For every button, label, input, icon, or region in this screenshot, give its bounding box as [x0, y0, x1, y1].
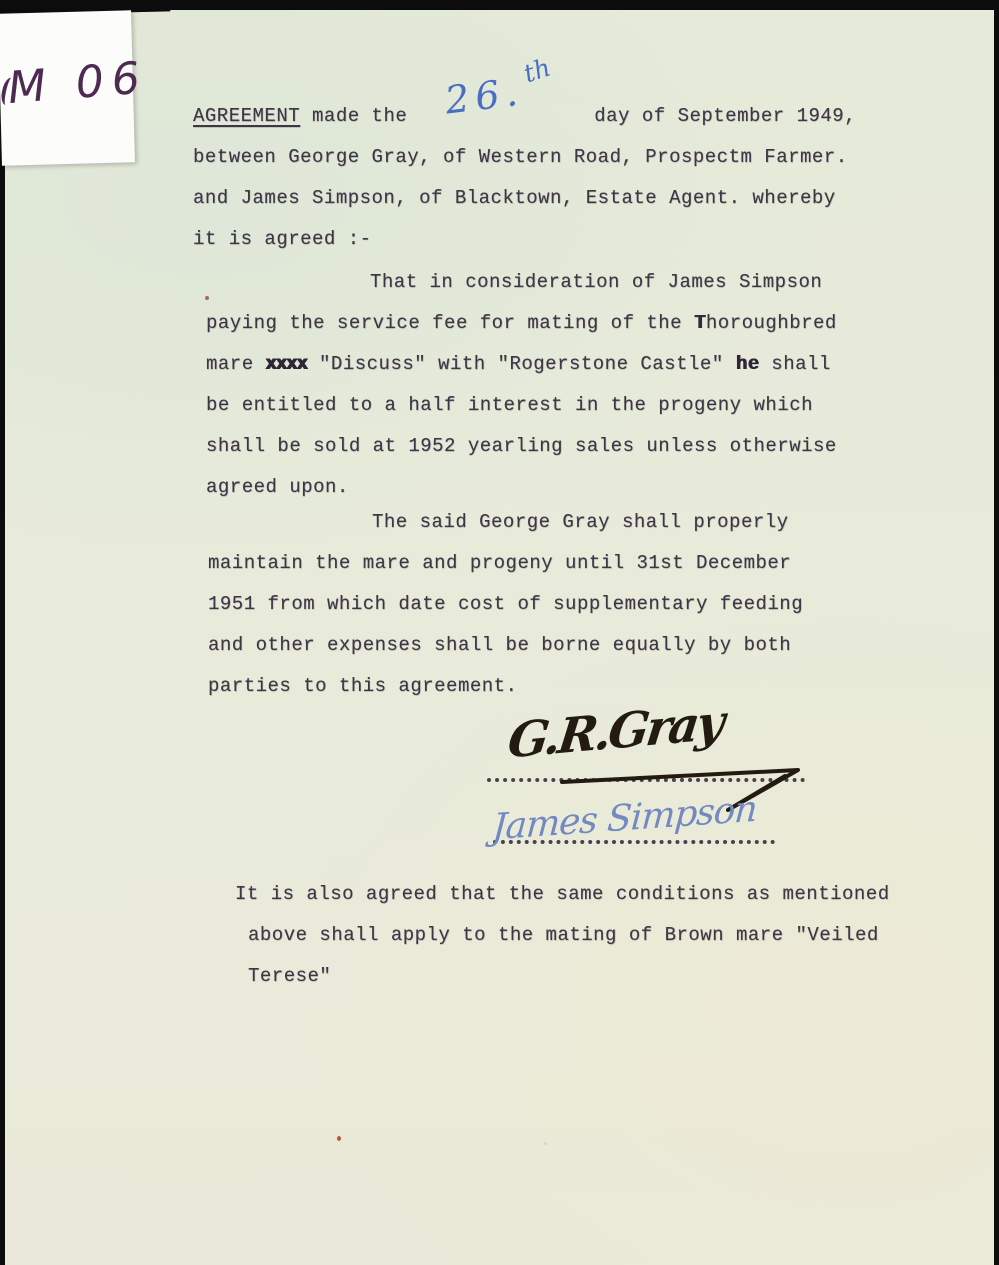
text-line: and other expenses shall be borne equall… [208, 625, 803, 666]
text-line: The said George Gray shall properly [208, 502, 803, 543]
paper-speck [544, 1142, 547, 1145]
text-line: shall be sold at 1952 yearling sales unl… [206, 426, 837, 467]
paragraph-addendum: It is also agreed that the same conditio… [235, 874, 890, 997]
text-line: between George Gray, of Western Road, Pr… [193, 137, 856, 178]
text-line: be entitled to a half interest in the pr… [206, 385, 837, 426]
text-line: Terese" [235, 956, 890, 997]
paper-speck [205, 296, 209, 300]
struck-out-word: xxxx [266, 353, 308, 375]
text-line: That in consideration of James Simpson [206, 262, 837, 303]
text-line: and James Simpson, of Blacktown, Estate … [193, 178, 856, 219]
scanned-document: M 06 AGREEMENT made theday of September … [0, 0, 999, 1265]
text-line: paying the service fee for mating of the… [206, 303, 837, 344]
paragraph-opening: AGREEMENT made theday of September 1949,… [193, 96, 856, 260]
text-line: above shall apply to the mating of Brown… [235, 915, 890, 956]
scan-border-right [994, 0, 999, 1265]
paragraph-consideration: That in consideration of James Simpson p… [206, 262, 837, 508]
paragraph-maintenance: The said George Gray shall properly main… [208, 502, 803, 707]
scan-border-left [0, 0, 5, 1265]
text-line: It is also agreed that the same conditio… [235, 874, 890, 915]
overtyped-word: he [736, 353, 760, 375]
overtyped-letter: T [694, 312, 706, 334]
text-line: it is agreed :- [193, 219, 856, 260]
agreement-underlined: AGREEMENT [193, 105, 300, 127]
paper-speck [337, 1136, 341, 1141]
archive-label-text: M 06 [6, 52, 150, 114]
text-line: maintain the mare and progeny until 31st… [208, 543, 803, 584]
text-line: mare xxxx "Discuss" with "Rogerstone Cas… [206, 344, 837, 385]
archive-label: M 06 [0, 10, 135, 165]
text-line: 1951 from which date cost of supplementa… [208, 584, 803, 625]
